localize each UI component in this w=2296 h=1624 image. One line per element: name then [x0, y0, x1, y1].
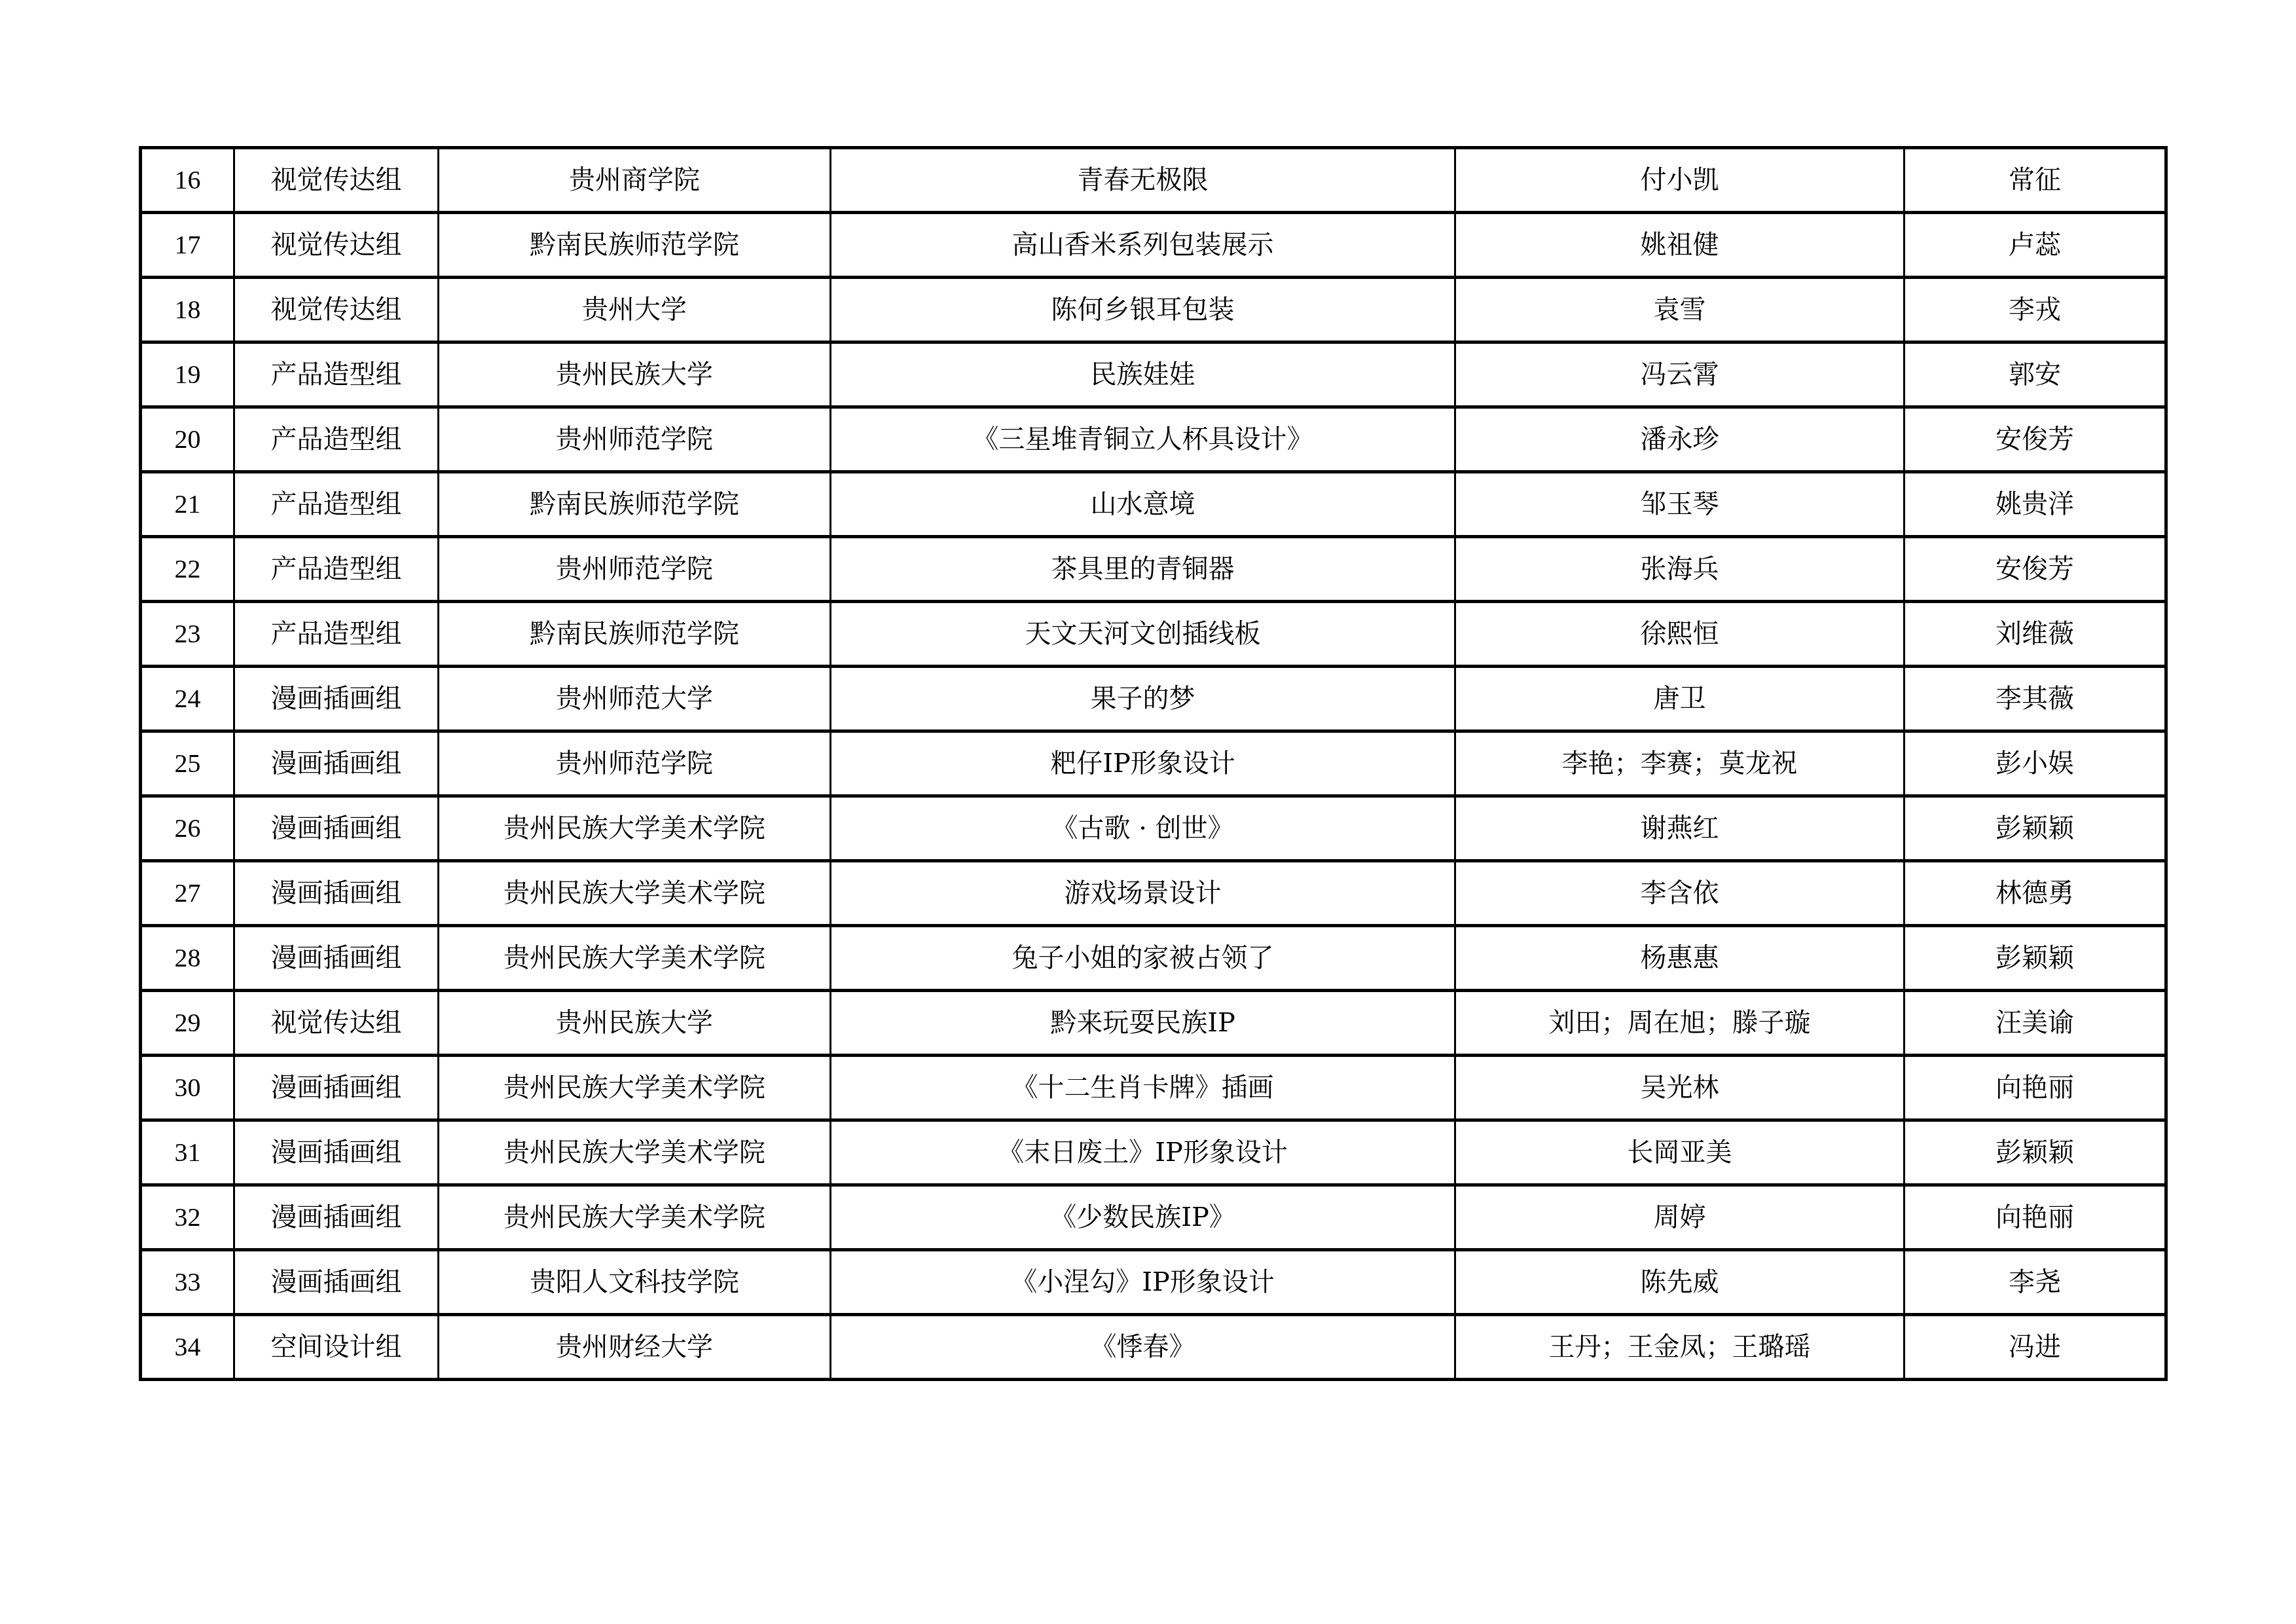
cell-school: 贵州民族大学美术学院	[439, 861, 831, 926]
table-row: 29 视觉传达组 贵州民族大学 黔来玩耍民族IP 刘田；周在旭；滕子璇 汪美谕	[141, 991, 2166, 1056]
cell-title: 兔子小姐的家被占领了	[831, 926, 1455, 991]
cell-number: 22	[141, 537, 234, 602]
cell-group: 漫画插画组	[234, 1250, 439, 1315]
cell-group: 漫画插画组	[234, 796, 439, 861]
cell-advisor: 常征	[1904, 148, 2166, 213]
cell-advisor: 林德勇	[1904, 861, 2166, 926]
table-row: 26 漫画插画组 贵州民族大学美术学院 《古歌 · 创世》 谢燕红 彭颖颖	[141, 796, 2166, 861]
table-row: 31 漫画插画组 贵州民族大学美术学院 《末日废土》IP形象设计 长岡亚美 彭颖…	[141, 1120, 2166, 1185]
cell-number: 27	[141, 861, 234, 926]
cell-group: 产品造型组	[234, 472, 439, 537]
cell-advisor: 李其薇	[1904, 667, 2166, 731]
cell-advisor: 安俊芳	[1904, 537, 2166, 602]
table-row: 17 视觉传达组 黔南民族师范学院 高山香米系列包装展示 姚祖健 卢蕊	[141, 213, 2166, 278]
cell-group: 产品造型组	[234, 537, 439, 602]
cell-school: 贵州民族大学美术学院	[439, 796, 831, 861]
cell-title: 陈何乡银耳包装	[831, 278, 1455, 342]
cell-advisor: 李尧	[1904, 1250, 2166, 1315]
cell-advisor: 冯进	[1904, 1315, 2166, 1380]
cell-school: 黔南民族师范学院	[439, 472, 831, 537]
cell-school: 贵州民族大学美术学院	[439, 926, 831, 991]
cell-title: 民族娃娃	[831, 342, 1455, 407]
cell-advisor: 刘维薇	[1904, 602, 2166, 667]
cell-authors: 周婷	[1455, 1185, 1904, 1250]
cell-advisor: 彭小娱	[1904, 731, 2166, 796]
cell-group: 产品造型组	[234, 342, 439, 407]
cell-title: 《古歌 · 创世》	[831, 796, 1455, 861]
cell-authors: 付小凯	[1455, 148, 1904, 213]
cell-school: 黔南民族师范学院	[439, 602, 831, 667]
table-row: 24 漫画插画组 贵州师范大学 果子的梦 唐卫 李其薇	[141, 667, 2166, 731]
cell-number: 19	[141, 342, 234, 407]
cell-group: 空间设计组	[234, 1315, 439, 1380]
table-body: 16 视觉传达组 贵州商学院 青春无极限 付小凯 常征 17 视觉传达组 黔南民…	[141, 148, 2166, 1380]
cell-school: 贵州师范大学	[439, 667, 831, 731]
table-row: 21 产品造型组 黔南民族师范学院 山水意境 邹玉琴 姚贵洋	[141, 472, 2166, 537]
cell-group: 漫画插画组	[234, 1120, 439, 1185]
cell-title: 青春无极限	[831, 148, 1455, 213]
cell-number: 32	[141, 1185, 234, 1250]
cell-authors: 长岡亚美	[1455, 1120, 1904, 1185]
cell-group: 产品造型组	[234, 407, 439, 472]
cell-advisor: 彭颖颖	[1904, 1120, 2166, 1185]
table-row: 27 漫画插画组 贵州民族大学美术学院 游戏场景设计 李含依 林德勇	[141, 861, 2166, 926]
cell-group: 漫画插画组	[234, 1185, 439, 1250]
cell-authors: 唐卫	[1455, 667, 1904, 731]
cell-authors: 邹玉琴	[1455, 472, 1904, 537]
cell-number: 17	[141, 213, 234, 278]
cell-school: 贵州商学院	[439, 148, 831, 213]
cell-authors: 姚祖健	[1455, 213, 1904, 278]
cell-school: 黔南民族师范学院	[439, 213, 831, 278]
cell-authors: 王丹；王金凤；王璐瑶	[1455, 1315, 1904, 1380]
cell-title: 果子的梦	[831, 667, 1455, 731]
cell-authors: 刘田；周在旭；滕子璇	[1455, 991, 1904, 1056]
table-row: 16 视觉传达组 贵州商学院 青春无极限 付小凯 常征	[141, 148, 2166, 213]
cell-title: 《末日废土》IP形象设计	[831, 1120, 1455, 1185]
cell-title: 《三星堆青铜立人杯具设计》	[831, 407, 1455, 472]
cell-authors: 潘永珍	[1455, 407, 1904, 472]
table-row: 23 产品造型组 黔南民族师范学院 天文天河文创插线板 徐熙恒 刘维薇	[141, 602, 2166, 667]
cell-group: 视觉传达组	[234, 148, 439, 213]
cell-school: 贵州民族大学美术学院	[439, 1185, 831, 1250]
cell-title: 《悸春》	[831, 1315, 1455, 1380]
cell-advisor: 李戎	[1904, 278, 2166, 342]
cell-number: 26	[141, 796, 234, 861]
cell-title: 黔来玩耍民族IP	[831, 991, 1455, 1056]
cell-number: 30	[141, 1056, 234, 1120]
cell-advisor: 郭安	[1904, 342, 2166, 407]
cell-advisor: 向艳丽	[1904, 1056, 2166, 1120]
cell-advisor: 彭颖颖	[1904, 926, 2166, 991]
table-row: 20 产品造型组 贵州师范学院 《三星堆青铜立人杯具设计》 潘永珍 安俊芳	[141, 407, 2166, 472]
cell-school: 贵州民族大学美术学院	[439, 1056, 831, 1120]
cell-title: 粑仔IP形象设计	[831, 731, 1455, 796]
cell-title: 高山香米系列包装展示	[831, 213, 1455, 278]
cell-authors: 李含依	[1455, 861, 1904, 926]
cell-authors: 袁雪	[1455, 278, 1904, 342]
cell-school: 贵州民族大学美术学院	[439, 1120, 831, 1185]
cell-authors: 谢燕红	[1455, 796, 1904, 861]
cell-group: 视觉传达组	[234, 991, 439, 1056]
document-page: 16 视觉传达组 贵州商学院 青春无极限 付小凯 常征 17 视觉传达组 黔南民…	[0, 0, 2296, 1624]
cell-school: 贵州师范学院	[439, 731, 831, 796]
cell-authors: 张海兵	[1455, 537, 1904, 602]
cell-title: 《少数民族IP》	[831, 1185, 1455, 1250]
cell-number: 20	[141, 407, 234, 472]
cell-school: 贵州大学	[439, 278, 831, 342]
cell-advisor: 汪美谕	[1904, 991, 2166, 1056]
cell-number: 21	[141, 472, 234, 537]
table-row: 32 漫画插画组 贵州民族大学美术学院 《少数民族IP》 周婷 向艳丽	[141, 1185, 2166, 1250]
cell-school: 贵阳人文科技学院	[439, 1250, 831, 1315]
cell-group: 漫画插画组	[234, 1056, 439, 1120]
table-row: 18 视觉传达组 贵州大学 陈何乡银耳包装 袁雪 李戎	[141, 278, 2166, 342]
cell-school: 贵州财经大学	[439, 1315, 831, 1380]
award-list-table: 16 视觉传达组 贵州商学院 青春无极限 付小凯 常征 17 视觉传达组 黔南民…	[139, 146, 2168, 1381]
table-row: 22 产品造型组 贵州师范学院 茶具里的青铜器 张海兵 安俊芳	[141, 537, 2166, 602]
cell-group: 视觉传达组	[234, 278, 439, 342]
cell-school: 贵州民族大学	[439, 991, 831, 1056]
cell-school: 贵州师范学院	[439, 537, 831, 602]
cell-number: 28	[141, 926, 234, 991]
table-row: 30 漫画插画组 贵州民族大学美术学院 《十二生肖卡牌》插画 吴光林 向艳丽	[141, 1056, 2166, 1120]
cell-advisor: 安俊芳	[1904, 407, 2166, 472]
cell-title: 山水意境	[831, 472, 1455, 537]
cell-advisor: 向艳丽	[1904, 1185, 2166, 1250]
cell-title: 天文天河文创插线板	[831, 602, 1455, 667]
cell-advisor: 姚贵洋	[1904, 472, 2166, 537]
cell-school: 贵州师范学院	[439, 407, 831, 472]
table-row: 28 漫画插画组 贵州民族大学美术学院 兔子小姐的家被占领了 杨惠惠 彭颖颖	[141, 926, 2166, 991]
cell-authors: 徐熙恒	[1455, 602, 1904, 667]
cell-number: 18	[141, 278, 234, 342]
cell-number: 31	[141, 1120, 234, 1185]
cell-group: 漫画插画组	[234, 731, 439, 796]
cell-number: 24	[141, 667, 234, 731]
cell-title: 《小涅勾》IP形象设计	[831, 1250, 1455, 1315]
cell-authors: 陈先威	[1455, 1250, 1904, 1315]
cell-advisor: 卢蕊	[1904, 213, 2166, 278]
cell-group: 产品造型组	[234, 602, 439, 667]
cell-number: 29	[141, 991, 234, 1056]
cell-authors: 吴光林	[1455, 1056, 1904, 1120]
cell-group: 漫画插画组	[234, 926, 439, 991]
cell-number: 23	[141, 602, 234, 667]
cell-number: 33	[141, 1250, 234, 1315]
cell-title: 茶具里的青铜器	[831, 537, 1455, 602]
cell-authors: 冯云霄	[1455, 342, 1904, 407]
cell-title: 《十二生肖卡牌》插画	[831, 1056, 1455, 1120]
table-row: 19 产品造型组 贵州民族大学 民族娃娃 冯云霄 郭安	[141, 342, 2166, 407]
cell-group: 漫画插画组	[234, 667, 439, 731]
cell-group: 视觉传达组	[234, 213, 439, 278]
cell-number: 16	[141, 148, 234, 213]
table-row: 33 漫画插画组 贵阳人文科技学院 《小涅勾》IP形象设计 陈先威 李尧	[141, 1250, 2166, 1315]
cell-number: 25	[141, 731, 234, 796]
cell-school: 贵州民族大学	[439, 342, 831, 407]
cell-number: 34	[141, 1315, 234, 1380]
cell-title: 游戏场景设计	[831, 861, 1455, 926]
table-row: 34 空间设计组 贵州财经大学 《悸春》 王丹；王金凤；王璐瑶 冯进	[141, 1315, 2166, 1380]
cell-authors: 李艳；李赛；莫龙祝	[1455, 731, 1904, 796]
cell-authors: 杨惠惠	[1455, 926, 1904, 991]
cell-advisor: 彭颖颖	[1904, 796, 2166, 861]
table-row: 25 漫画插画组 贵州师范学院 粑仔IP形象设计 李艳；李赛；莫龙祝 彭小娱	[141, 731, 2166, 796]
cell-group: 漫画插画组	[234, 861, 439, 926]
